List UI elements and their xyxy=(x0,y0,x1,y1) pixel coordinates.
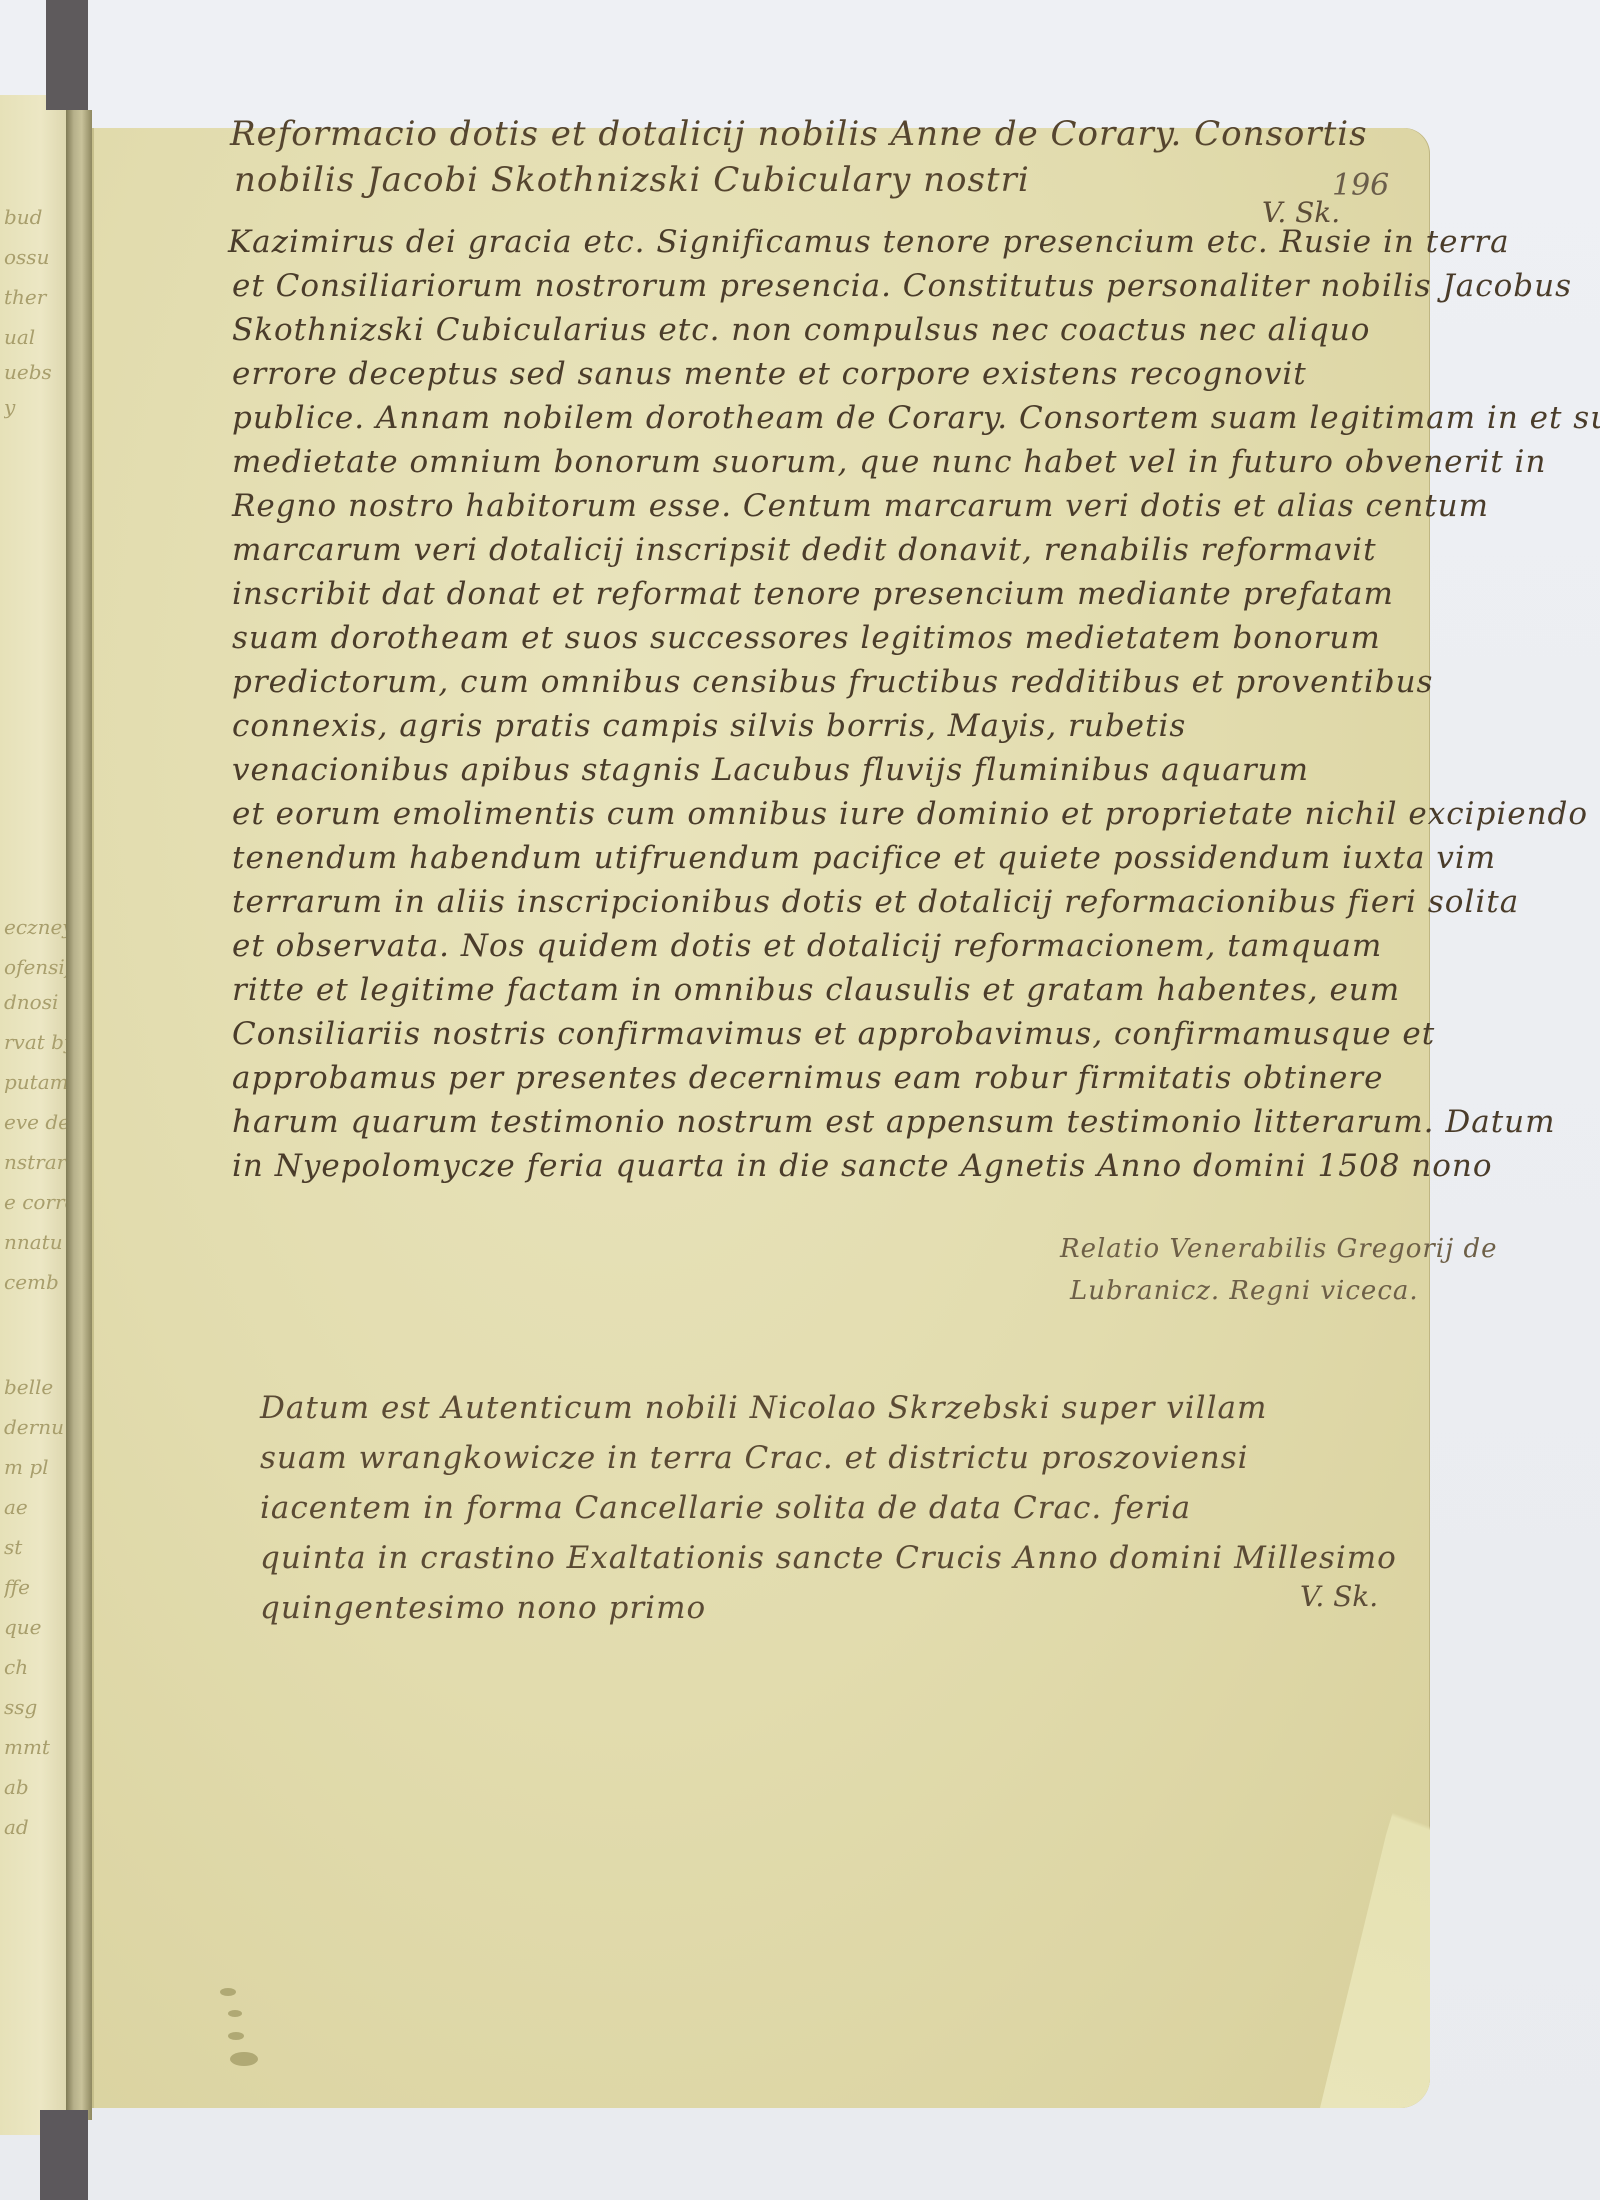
text-line: harum quarum testimonio nostrum est appe… xyxy=(232,1104,1556,1140)
signature-line: Lubranicz. Regni viceca. xyxy=(1070,1276,1419,1306)
margin-fragment: ual xyxy=(4,325,68,349)
margin-fragment: m pl xyxy=(4,1455,68,1479)
title-line: Reformacio dotis et dotalicij nobilis An… xyxy=(230,114,1368,154)
margin-fragment: nstrare xyxy=(4,1150,68,1174)
text-line: et observata. Nos quidem dotis et dotali… xyxy=(232,928,1382,964)
margin-fragment: rvat by xyxy=(4,1030,68,1054)
text-line: inscribit dat donat et reformat tenore p… xyxy=(232,576,1394,612)
book-gutter xyxy=(66,110,92,2120)
margin-fragment: ofensiffe xyxy=(4,955,68,979)
text-line: marcarum veri dotalicij inscripsit dedit… xyxy=(232,532,1377,568)
margin-fragment: eve deb xyxy=(4,1110,68,1134)
margin-fragment: ae xyxy=(4,1495,68,1519)
entry-line: iacentem in forma Cancellarie solita de … xyxy=(260,1490,1191,1526)
margin-fragment: y xyxy=(4,395,68,419)
margin-fragment: st xyxy=(4,1535,68,1559)
margin-fragment: dernu xyxy=(4,1415,68,1439)
margin-fragment: cemb xyxy=(4,1270,68,1294)
text-line: Regno nostro habitorum esse. Centum marc… xyxy=(232,488,1489,524)
manuscript-page: 196 V. Sk. Reformacio dotis et dotalicij… xyxy=(92,128,1430,2108)
entry-line: quingentesimo nono primo xyxy=(260,1590,706,1626)
margin-fragment: nnatu xyxy=(4,1230,68,1254)
margin-fragment: belle xyxy=(4,1375,68,1399)
margin-fragment: dnosi xyxy=(4,990,68,1014)
text-line: terrarum in aliis inscripcionibus dotis … xyxy=(232,884,1519,920)
text-line: suam dorotheam et suos successores legit… xyxy=(232,620,1381,656)
margin-fragment: mmt xyxy=(4,1735,68,1759)
margin-fragment: e correo xyxy=(4,1190,68,1214)
text-line: predictorum, cum omnibus censibus fructi… xyxy=(232,664,1433,700)
entry-line: Datum est Autenticum nobili Nicolao Skrz… xyxy=(260,1390,1267,1426)
text-line: Kazimirus dei gracia etc. Significamus t… xyxy=(228,224,1510,260)
text-line: Skothnizski Cubicularius etc. non compul… xyxy=(232,312,1370,348)
margin-fragment: ffe xyxy=(4,1575,68,1599)
title-line: nobilis Jacobi Skothnizski Cubiculary no… xyxy=(234,160,1030,200)
second-entry-mark: V. Sk. xyxy=(1300,1580,1378,1613)
binding-strip-bottom xyxy=(40,2110,88,2200)
margin-fragment: ossu xyxy=(4,245,68,269)
text-line: in Nyepolomycze feria quarta in die sanc… xyxy=(232,1148,1493,1184)
entry-line: suam wrangkowicze in terra Crac. et dist… xyxy=(260,1440,1249,1476)
text-line: approbamus per presentes decernimus eam … xyxy=(232,1060,1383,1096)
margin-fragment: ch xyxy=(4,1655,68,1679)
text-line: venacionibus apibus stagnis Lacubus fluv… xyxy=(232,752,1309,788)
text-line: errore deceptus sed sanus mente et corpo… xyxy=(232,356,1307,392)
text-line: tenendum habendum utifruendum pacifice e… xyxy=(232,840,1496,876)
previous-page-fragment: bud ossu ther ual uebs y eczney ofensiff… xyxy=(0,95,68,2135)
text-line: et Consiliariorum nostrorum presencia. C… xyxy=(232,268,1572,304)
binding-strip-top xyxy=(46,0,88,110)
margin-fragment: ther xyxy=(4,285,68,309)
margin-fragment: ab xyxy=(4,1775,68,1799)
entry-line: quinta in crastino Exaltationis sancte C… xyxy=(260,1540,1397,1576)
text-line: medietate omnium bonorum suorum, que nun… xyxy=(232,444,1546,480)
margin-fragment: bud xyxy=(4,205,68,229)
margin-fragment: putam xyxy=(4,1070,68,1094)
text-line: Consiliariis nostris confirmavimus et ap… xyxy=(232,1016,1435,1052)
folio-number: 196 xyxy=(1332,168,1389,203)
text-line: et eorum emolimentis cum omnibus iure do… xyxy=(232,796,1588,832)
margin-fragment: uebs xyxy=(4,360,68,384)
margin-fragment: que xyxy=(4,1615,68,1639)
signature-line: Relatio Venerabilis Gregorij de xyxy=(1060,1234,1497,1264)
margin-fragment: eczney xyxy=(4,915,68,939)
text-line: publice. Annam nobilem dorotheam de Cora… xyxy=(232,400,1600,436)
text-line: ritte et legitime factam in omnibus clau… xyxy=(232,972,1400,1008)
text-line: connexis, agris pratis campis silvis bor… xyxy=(232,708,1186,744)
margin-fragment: ad xyxy=(4,1815,68,1839)
margin-fragment: ssg xyxy=(4,1695,68,1719)
